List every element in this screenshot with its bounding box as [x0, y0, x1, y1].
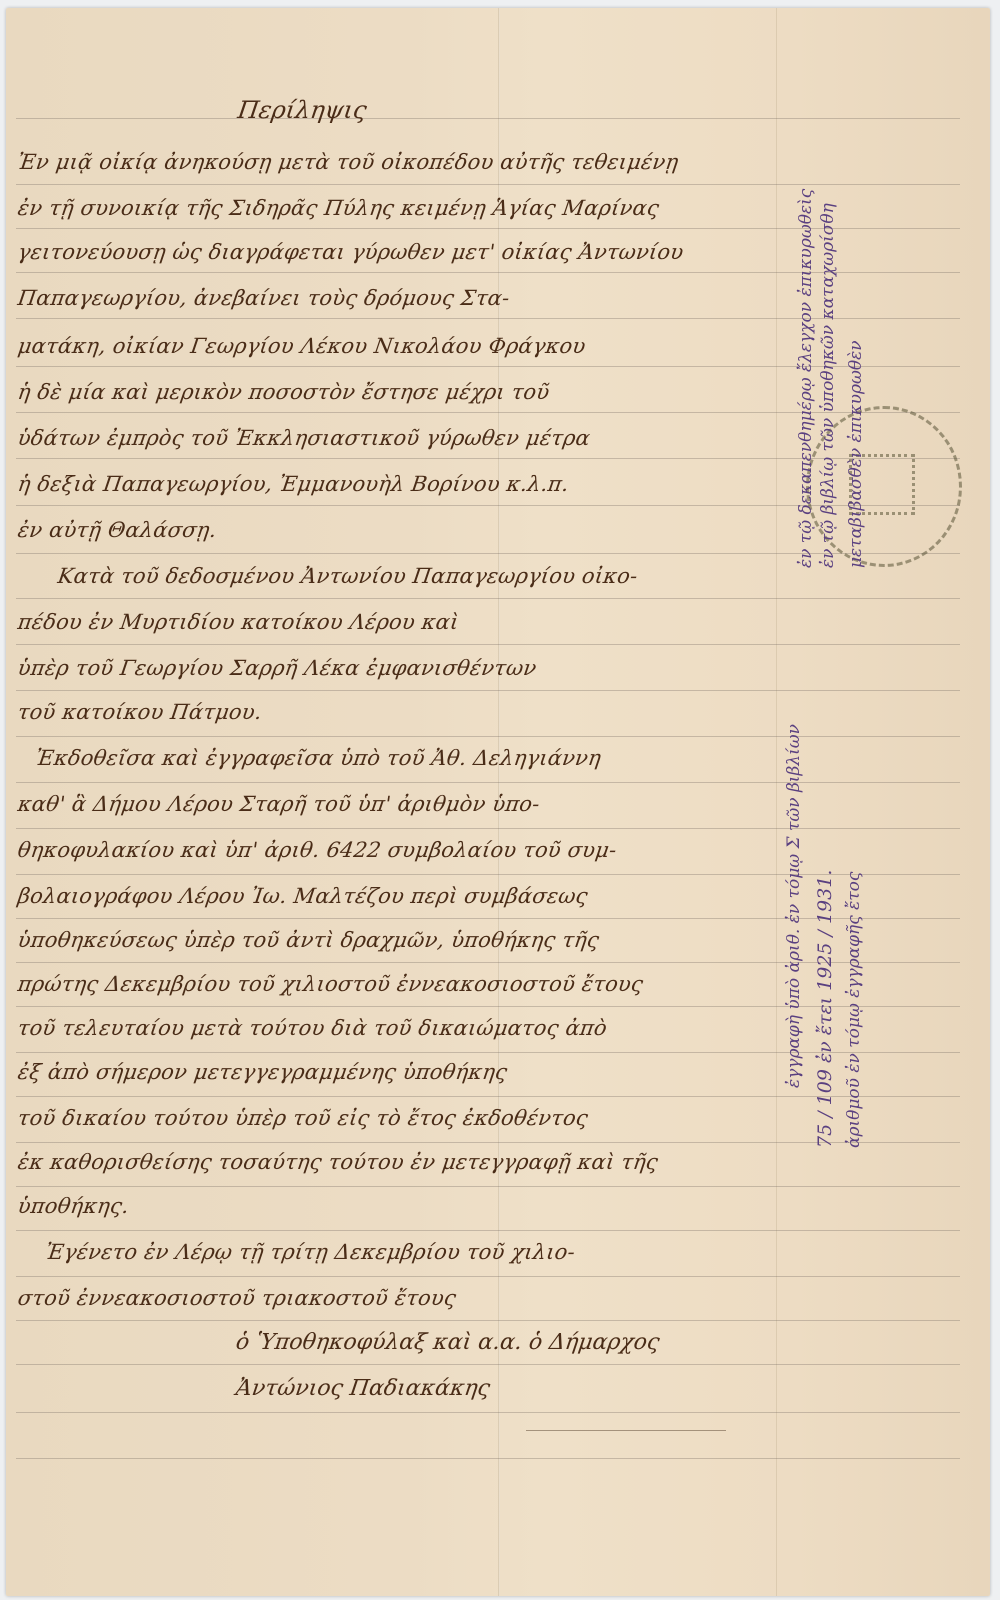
- paper-crease: [776, 8, 777, 1596]
- margin-note: ἐν τῷ βιβλίῳ τῶν ὑποθηκῶν καταχωρίσθη: [818, 203, 838, 568]
- ruled-line: [16, 1230, 960, 1231]
- body-line: ὑποθήκης.: [16, 1194, 130, 1218]
- body-line: Κατὰ τοῦ δεδοσμένου Ἀντωνίου Παπαγεωργίο…: [56, 564, 639, 588]
- ruled-line: [16, 782, 960, 783]
- ruled-line: [16, 1276, 960, 1277]
- body-line: ὑποθηκεύσεως ὑπὲρ τοῦ ἀντὶ δραχμῶν, ὑποθ…: [16, 928, 600, 952]
- body-line: πέδου ἐν Μυρτιδίου κατοίκου Λέρου καὶ: [16, 610, 460, 634]
- signature-underline: [526, 1430, 726, 1431]
- body-line: ὑδάτων ἐμπρὸς τοῦ Ἐκκλησιαστικοῦ γύρωθεν…: [16, 426, 592, 450]
- ruled-line: [16, 736, 960, 737]
- ruled-line: [16, 644, 960, 645]
- body-line: ἐξ ἀπὸ σήμερον μετεγγεγραμμένης ὑποθήκης: [16, 1060, 509, 1084]
- ruled-line: [16, 1320, 960, 1321]
- document-title: Περίληψις: [236, 96, 369, 124]
- ruled-line: [16, 1458, 960, 1459]
- body-line: γειτονεύουσῃ ὡς διαγράφεται γύρωθεν μετ'…: [16, 240, 685, 264]
- body-line: Ἐν μιᾷ οἰκίᾳ ἀνηκούσῃ μετὰ τοῦ οἰκοπέδου…: [16, 150, 680, 174]
- ruled-line: [16, 598, 960, 599]
- body-line: πρώτης Δεκεμβρίου τοῦ χιλιοστοῦ ἐννεακοσ…: [16, 972, 644, 996]
- body-line: βολαιογράφου Λέρου Ἰω. Μαλτέζου περὶ συμ…: [16, 884, 589, 908]
- document-paper: Περίληψις Ἐν μιᾷ οἰκίᾳ ἀνηκούσῃ μετὰ τοῦ…: [6, 8, 990, 1596]
- body-line: ματάκη, οἰκίαν Γεωργίου Λέκου Νικολάου Φ…: [16, 334, 587, 358]
- ruled-line: [16, 118, 960, 119]
- body-line: ἐκ καθορισθείσης τοσαύτης τούτου ἐν μετε…: [16, 1150, 659, 1174]
- ruled-line: [16, 1186, 960, 1187]
- margin-note: ἐν τῷ δεκαπενθημέρῳ ἔλεγχον ἐπικυρωθεὶς: [796, 189, 816, 568]
- ruled-line: [16, 690, 960, 691]
- margin-note: 75 / 109 ἐν ἔτει 1925 / 1931.: [814, 870, 836, 1148]
- margin-note: ἐγγραφὴ ὑπὸ ἀριθ. ἐν τόμῳ Σ τῶν βιβλίων: [784, 724, 804, 1088]
- body-line: Παπαγεωργίου, ἀνεβαίνει τοὺς δρόμους Στα…: [16, 286, 511, 310]
- body-line: στοῦ ἐννεακοσιοστοῦ τριακοστοῦ ἔτους: [16, 1286, 457, 1310]
- body-line: Ἐγένετο ἐν Λέρῳ τῇ τρίτῃ Δεκεμβρίου τοῦ …: [44, 1240, 576, 1264]
- body-line: ἡ δεξιὰ Παπαγεωργίου, Ἐμμανουὴλ Βορίνου …: [16, 472, 570, 496]
- ruled-line: [16, 1412, 960, 1413]
- margin-note: ἀριθμοῦ ἐν τόμῳ ἐγγραφῆς ἔτος: [844, 872, 864, 1148]
- signature-name: Ἀντώνιος Παδιακάκης: [234, 1376, 491, 1401]
- ruled-line: [16, 828, 960, 829]
- body-line: ἐν τῇ συνοικίᾳ τῆς Σιδηρᾶς Πύλης κειμένῃ…: [16, 196, 660, 220]
- ruled-line: [16, 1364, 960, 1365]
- body-line: θηκοφυλακίου καὶ ὑπ' ἀριθ. 6422 συμβολαί…: [16, 838, 618, 862]
- margin-note: μεταβιβασθὲν ἐπικυρωθὲν: [846, 340, 866, 568]
- body-line: Ἐκδοθεῖσα καὶ ἐγγραφεῖσα ὑπὸ τοῦ Ἀθ. Δελ…: [34, 746, 602, 770]
- body-line: τοῦ κατοίκου Πάτμου.: [16, 700, 263, 724]
- body-line: ἡ δὲ μία καὶ μερικὸν ποσοστὸν ἔστησε μέχ…: [16, 380, 551, 404]
- body-line: τοῦ τελευταίου μετὰ τούτου διὰ τοῦ δικαι…: [16, 1016, 608, 1040]
- body-line: ὑπὲρ τοῦ Γεωργίου Σαρρῆ Λέκα ἐμφανισθέντ…: [16, 656, 538, 680]
- body-line: τοῦ δικαίου τούτου ὑπὲρ τοῦ εἰς τὸ ἔτος …: [16, 1106, 589, 1130]
- signature-title: ὁ Ὑποθηκοφύλαξ καὶ α.α. ὁ Δήμαρχος: [234, 1330, 661, 1355]
- body-line: ἐν αὐτῇ Θαλάσσῃ.: [16, 518, 218, 542]
- ruled-line: [16, 184, 960, 185]
- body-line: καθ' ἃ Δήμου Λέρου Σταρῆ τοῦ ὑπ' ἀριθμὸν…: [16, 792, 541, 816]
